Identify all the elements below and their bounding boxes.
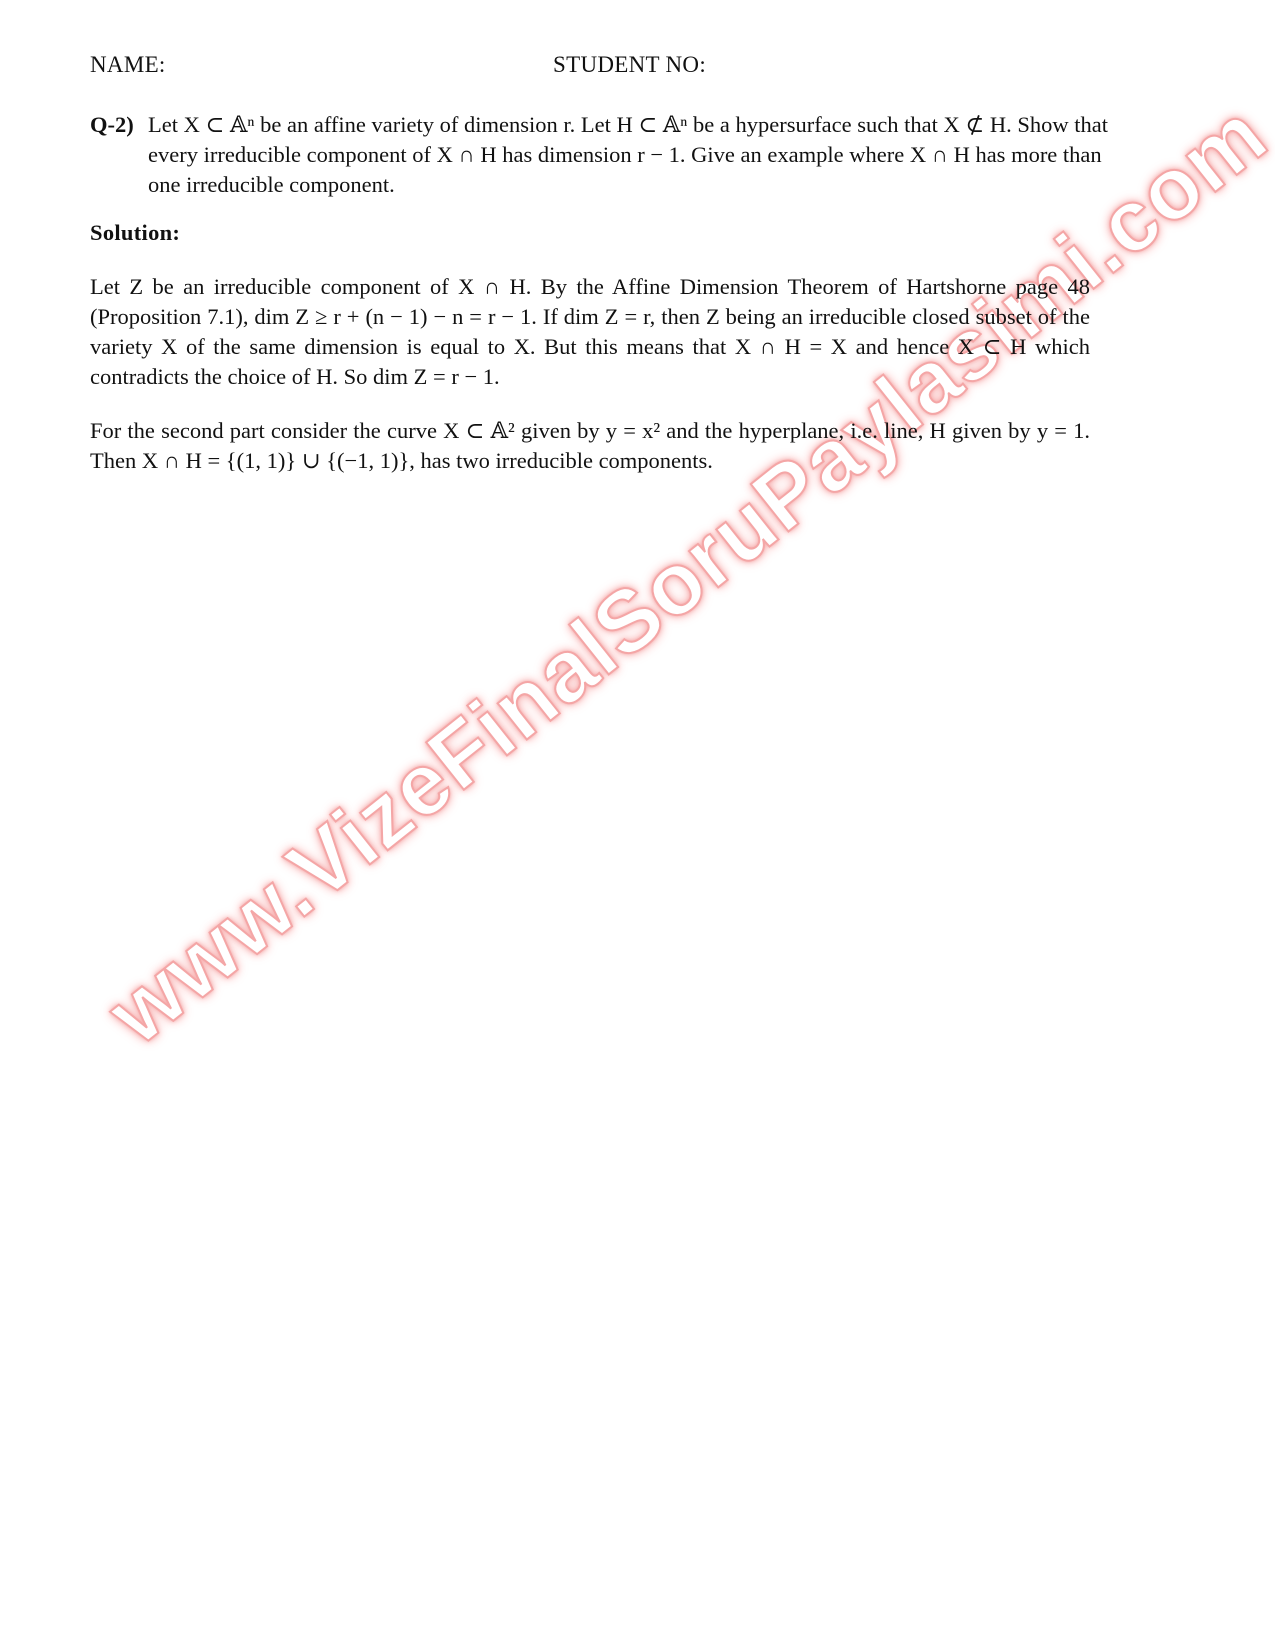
name-label: NAME: (90, 52, 166, 78)
student-no-label: STUDENT NO: (553, 52, 706, 78)
question-block: Q-2) Let X ⊂ 𝔸ⁿ be an affine variety of … (90, 110, 1130, 200)
question-text: Let X ⊂ 𝔸ⁿ be an affine variety of dimen… (148, 110, 1130, 200)
solution-paragraph-1: Let Z be an irreducible component of X ∩… (90, 272, 1090, 392)
solution-paragraph-2: For the second part consider the curve X… (90, 416, 1090, 476)
solution-heading: Solution: (90, 220, 180, 246)
question-number: Q-2) (90, 110, 134, 140)
